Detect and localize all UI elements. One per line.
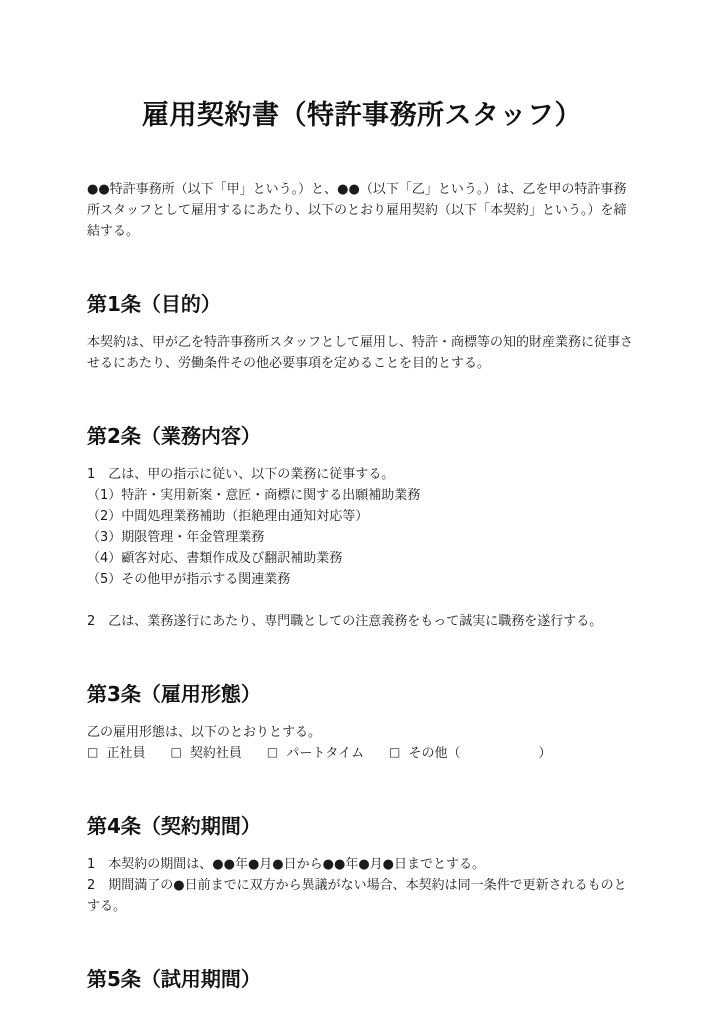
option-label-fulltime: 正社員 (106, 746, 145, 761)
intro-paragraph: ●●特許事務所（以下「甲」という。）と、●●（以下「乙」という。）は、乙を甲の特… (87, 179, 637, 242)
article-4-heading: 第4条（契約期間） (87, 814, 637, 839)
section-article-3-employment-type: 第3条（雇用形態） 乙の雇用形態は、以下のとおりとする。 □ 正社員 □ 契約社… (87, 682, 637, 764)
document-page: 雇用契約書（特許事務所スタッフ） ●●特許事務所（以下「甲」という。）と、●●（… (0, 0, 724, 992)
article-1-body: 本契約は、甲が乙を特許事務所スタッフとして雇用し、特許・商標等の知的財産業務に従… (87, 332, 637, 374)
checkbox-icon: □ (87, 745, 98, 759)
article-4-clause-1: 1 本契約の期間は、●●年●月●日から●●年●月●日までとする。 (87, 854, 637, 875)
duty-list-item-1: （1）特許・実用新案・意匠・商標に関する出願補助業務 (87, 485, 637, 506)
checkbox-option-parttime: □ パートタイム (267, 743, 364, 764)
section-article-5-probation: 第5条（試用期間） (87, 967, 637, 992)
duty-list-item-2: （2）中間処理業務補助（拒絶理由通知対応等） (87, 506, 637, 527)
option-label-other: その他（ ） (409, 746, 552, 761)
checkbox-icon: □ (267, 745, 278, 759)
employment-type-options: □ 正社員 □ 契約社員 □ パートタイム □ その他（ ） (87, 743, 637, 764)
checkbox-option-contract: □ 契約社員 (170, 743, 242, 764)
duty-list-item-5: （5）その他甲が指示する関連業務 (87, 569, 637, 590)
checkbox-option-fulltime: □ 正社員 (87, 743, 146, 764)
duty-list-item-3: （3）期限管理・年金管理業務 (87, 527, 637, 548)
section-article-1-purpose: 第1条（目的） 本契約は、甲が乙を特許事務所スタッフとして雇用し、特許・商標等の… (87, 292, 637, 374)
section-article-2-duties: 第2条（業務内容） 1 乙は、甲の指示に従い、以下の業務に従事する。 （1）特許… (87, 424, 637, 632)
article-1-heading: 第1条（目的） (87, 292, 637, 317)
checkbox-option-other: □ その他（ ） (389, 743, 552, 764)
duty-list-item-4: （4）顧客対応、書類作成及び翻訳補助業務 (87, 548, 637, 569)
article-2-clause-1: 1 乙は、甲の指示に従い、以下の業務に従事する。 (87, 464, 637, 485)
option-label-parttime: パートタイム (286, 746, 364, 761)
article-2-clause-2: 2 乙は、業務遂行にあたり、専門職としての注意義務をもって誠実に職務を遂行する。 (87, 611, 637, 632)
section-article-4-contract-period: 第4条（契約期間） 1 本契約の期間は、●●年●月●日から●●年●月●日までとす… (87, 814, 637, 917)
document-title: 雇用契約書（特許事務所スタッフ） (87, 98, 637, 133)
article-5-heading: 第5条（試用期間） (87, 967, 637, 992)
article-4-clause-2: 2 期間満了の●日前までに双方から異議がない場合、本契約は同一条件で更新されるも… (87, 875, 637, 917)
option-label-contract: 契約社員 (190, 746, 242, 761)
checkbox-icon: □ (170, 745, 181, 759)
article-2-heading: 第2条（業務内容） (87, 424, 637, 449)
checkbox-icon: □ (389, 745, 400, 759)
article-3-heading: 第3条（雇用形態） (87, 682, 637, 707)
article-3-lead: 乙の雇用形態は、以下のとおりとする。 (87, 722, 637, 743)
